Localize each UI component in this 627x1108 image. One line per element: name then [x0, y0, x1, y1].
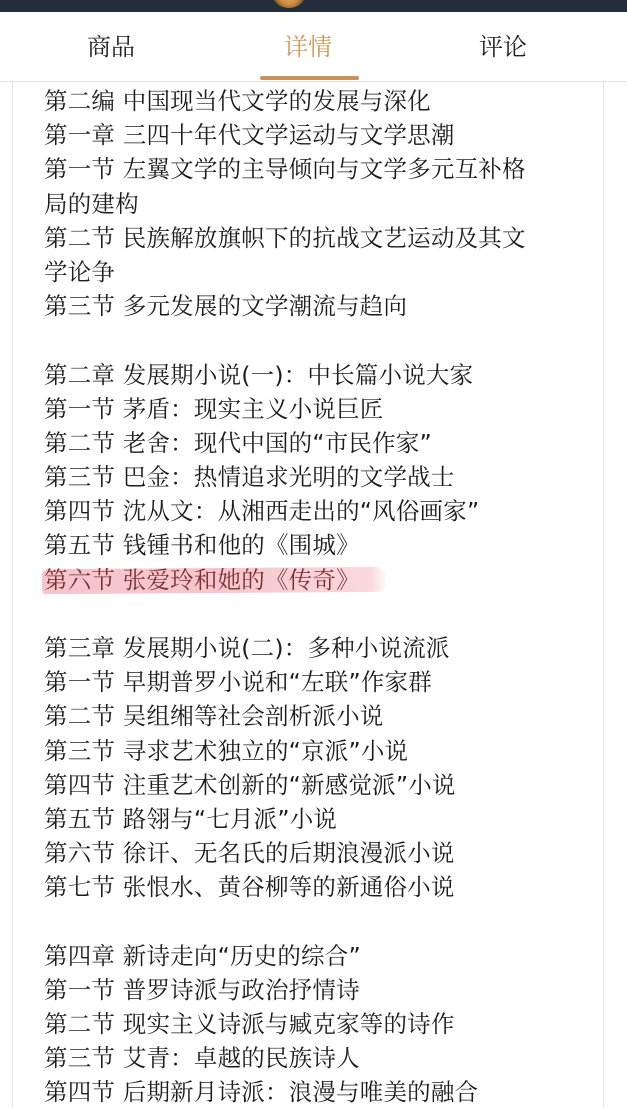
- part-title: 第二编 中国现当代文学的发展与深化: [44, 84, 584, 118]
- section-item: 第一节 茅盾：现实主义小说巨匠: [44, 392, 584, 426]
- section-item: 第四节 注重艺术创新的“新感觉派”小说: [44, 768, 584, 802]
- spacer: [44, 323, 584, 357]
- section-item: 第六节 徐讦、无名氏的后期浪漫派小说: [44, 836, 584, 870]
- section-item-continuation: 学论争: [44, 255, 584, 289]
- app-logo-icon: [272, 0, 306, 8]
- chapter-title: 第三章 发展期小说(二)：多种小说流派: [44, 631, 584, 665]
- tab-bar: 商品 详情 评论: [0, 12, 627, 82]
- chapter-title: 第一章 三四十年代文学运动与文学思潮: [44, 118, 584, 152]
- section-item: 第三节 多元发展的文学潮流与趋向: [44, 289, 584, 323]
- details-content: 第二编 中国现当代文学的发展与深化 第一章 三四十年代文学运动与文学思潮 第一节…: [12, 82, 604, 1108]
- section-item: 第五节 路翎与“七月派”小说: [44, 802, 584, 836]
- tab-details[interactable]: 详情: [268, 28, 348, 66]
- section-item: 第一节 左翼文学的主导倾向与文学多元互补格: [44, 152, 584, 186]
- section-item: 第三节 寻求艺术独立的“京派”小说: [44, 734, 584, 768]
- section-item: 第二节 现实主义诗派与臧克家等的诗作: [44, 1007, 584, 1041]
- spacer: [44, 597, 584, 631]
- section-item: 第一节 普罗诗派与政治抒情诗: [44, 973, 584, 1007]
- section-item: 第三节 巴金：热情追求光明的文学战士: [44, 460, 584, 494]
- active-tab-indicator: [260, 76, 359, 80]
- section-item: 第二节 老舍：现代中国的“市民作家”: [44, 426, 584, 460]
- table-of-contents: 第二编 中国现当代文学的发展与深化 第一章 三四十年代文学运动与文学思潮 第一节…: [44, 84, 584, 1108]
- section-item: 第三节 艾青：卓越的民族诗人: [44, 1041, 584, 1075]
- highlighted-section-text: 第六节 张爱玲和她的《传奇》: [44, 566, 360, 594]
- section-item: 第四节 沈从文：从湘西走出的“风俗画家”: [44, 494, 584, 528]
- section-item: 第四节 后期新月诗派：浪漫与唯美的融合: [44, 1075, 584, 1108]
- chapter-title: 第四章 新诗走向“历史的综合”: [44, 939, 584, 973]
- section-item: 第五节 钱锺书和他的《围城》: [44, 528, 584, 562]
- section-item-continuation: 局的建构: [44, 187, 584, 221]
- tab-reviews[interactable]: 评论: [463, 28, 543, 66]
- section-item: 第二节 民族解放旗帜下的抗战文艺运动及其文: [44, 221, 584, 255]
- section-item: 第七节 张恨水、黄谷柳等的新通俗小说: [44, 870, 584, 904]
- spacer: [44, 905, 584, 939]
- chapter-title: 第二章 发展期小说(一)：中长篇小说大家: [44, 358, 584, 392]
- section-item: 第一节 早期普罗小说和“左联”作家群: [44, 665, 584, 699]
- top-status-bar: [0, 0, 627, 12]
- tab-product[interactable]: 商品: [71, 28, 151, 66]
- section-item: 第二节 吴组缃等社会剖析派小说: [44, 699, 584, 733]
- highlighted-section-item: 第六节 张爱玲和她的《传奇》: [44, 563, 584, 597]
